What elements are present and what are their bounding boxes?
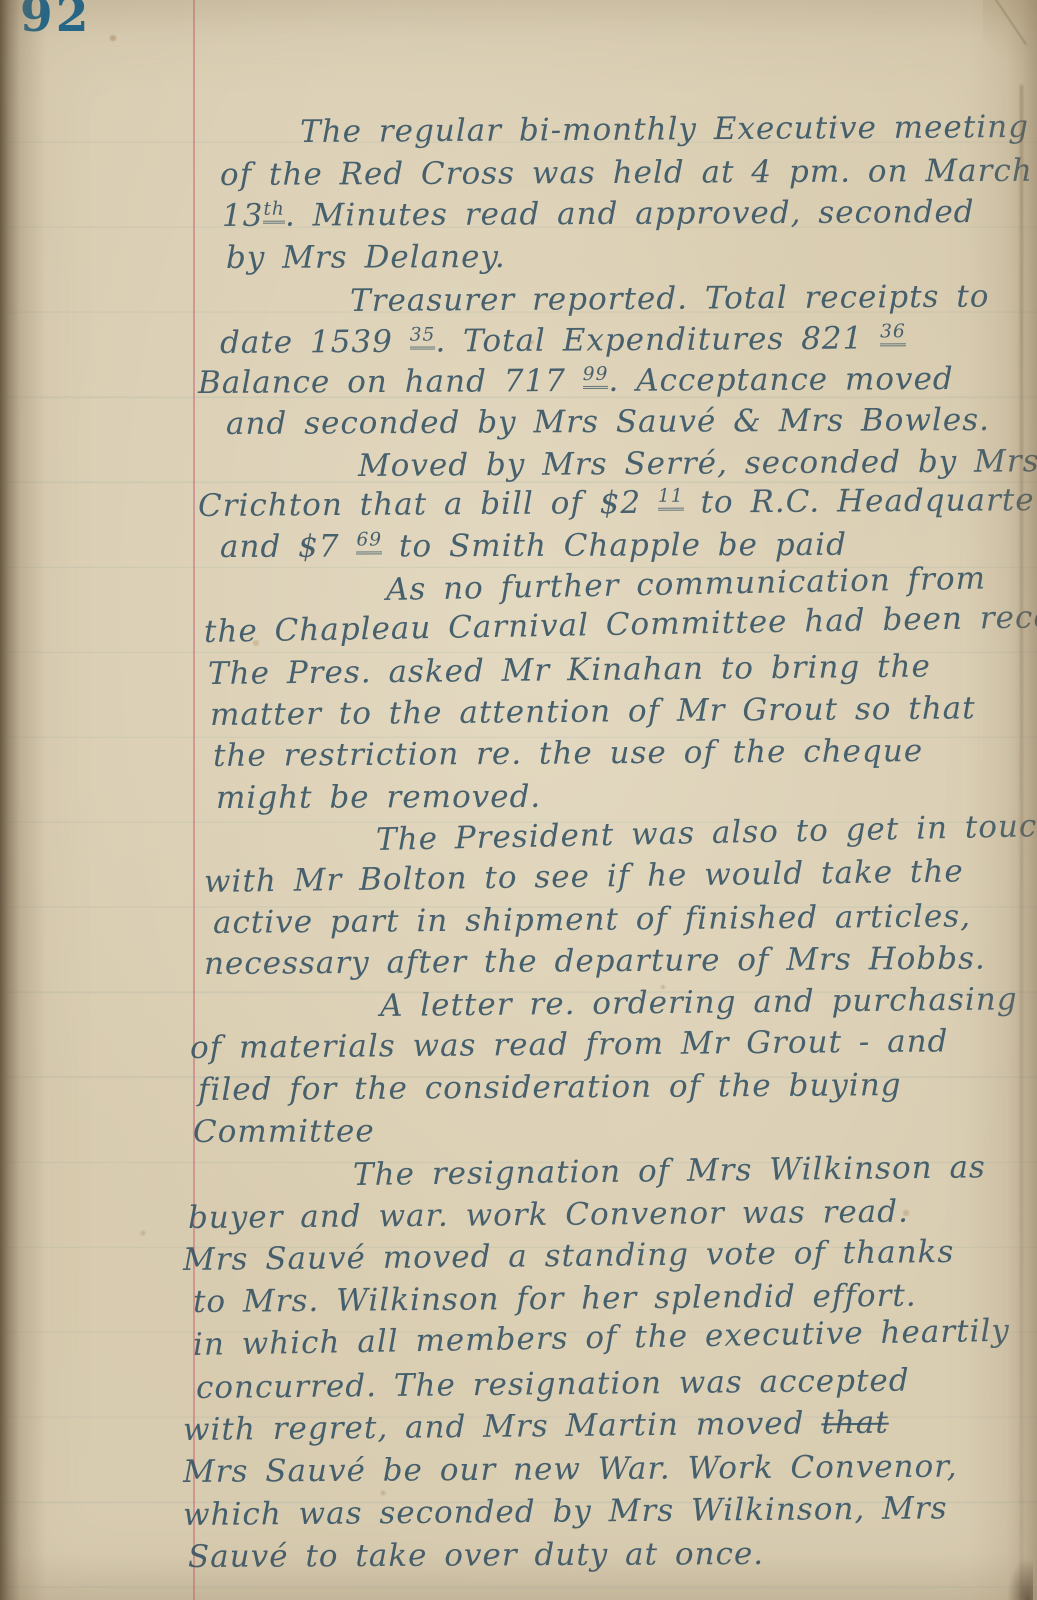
page-edge-crease [1020, 85, 1023, 1600]
handwriting-line: filed for the consideration of the buyin… [198, 1065, 902, 1110]
handwriting-line: Sauvé to take over duty at once. [188, 1534, 764, 1577]
handwriting-segment: the restriction re. the use of the chequ… [213, 733, 923, 774]
handwriting-line: active part in shipment of finished arti… [213, 896, 971, 943]
handwriting-segment: of materials was read from Mr Grout - an… [190, 1023, 949, 1066]
handwriting-line: of the Red Cross was held at 4 pm. on Ma… [220, 151, 1033, 195]
handwriting-line: Balance on hand 717 99. Acceptance moved [198, 359, 954, 403]
handwriting-segment: Mrs Sauvé moved a standing vote of thank… [183, 1234, 955, 1278]
handwriting-segment: . Total Expenditures 821 [435, 320, 880, 359]
handwriting-line: concurred. The resignation was accepted [196, 1361, 910, 1408]
handwriting-line: buyer and war. work Convenor was read. [188, 1192, 909, 1238]
handwriting-line: The regular bi-monthly Executive meeting [300, 107, 1029, 152]
handwriting-segment: . Acceptance moved [608, 361, 953, 399]
handwriting-segment: concurred. The resignation was accepted [196, 1363, 910, 1406]
handwriting-line: which was seconded by Mrs Wilkinson, Mrs [183, 1488, 948, 1535]
handwriting-line: The Pres. asked Mr Kinahan to bring the [208, 646, 931, 694]
handwriting-segment: Sauvé to take over duty at once. [188, 1536, 764, 1575]
handwriting-segment: with regret, and Mrs Martin moved [183, 1405, 822, 1448]
handwriting-line: Mrs Sauvé be our new War. Work Convenor, [183, 1447, 958, 1492]
handwriting-segment: Balance on hand 717 [198, 363, 583, 401]
handwriting-segment: and $7 [220, 529, 357, 565]
handwriting-segment: . Minutes read and approved, seconded [285, 194, 975, 234]
handwriting-segment: The regular bi-monthly Executive meeting [300, 109, 1029, 150]
handwriting-segment: that [821, 1405, 889, 1442]
handwriting-segment: date 1539 [220, 324, 410, 361]
handwriting-segment: Crichton that a bill of $2 [198, 485, 658, 524]
handwriting-segment: 99 [583, 364, 609, 389]
handwriting-segment: of the Red Cross was held at 4 pm. on Ma… [220, 153, 1033, 193]
handwriting-line: matter to the attention of Mr Grout so t… [210, 688, 976, 735]
handwriting-line: date 1539 35. Total Expenditures 821 36 [220, 318, 906, 363]
handwriting-line: the Chapleau Carnival Committee had been… [204, 596, 1037, 652]
handwriting-segment: might be removed. [216, 779, 541, 816]
handwriting-line: might be removed. [216, 777, 541, 818]
handwriting-segment: 69 [356, 529, 382, 554]
handwriting-segment: which was seconded by Mrs Wilkinson, Mrs [183, 1490, 948, 1533]
handwriting-segment: Moved by Mrs Serré, seconded by Mrs [358, 443, 1037, 484]
handwriting-segment: Treasurer reported. Total receipts to [350, 279, 990, 319]
handwriting-segment: by Mrs Delaney. [226, 239, 506, 276]
handwriting-line: Mrs Sauvé moved a standing vote of thank… [183, 1232, 955, 1280]
handwriting-line: necessary after the departure of Mrs Hob… [204, 939, 986, 984]
handwriting-line: Crichton that a bill of $2 11 to R.C. He… [198, 480, 1037, 526]
handwriting-segment: the Chapleau Carnival Committee had been… [204, 598, 1037, 650]
handwriting-segment: 13 [222, 198, 264, 234]
handwriting-segment: active part in shipment of finished arti… [213, 898, 971, 941]
handwriting-line: Treasurer reported. Total receipts to [350, 277, 990, 321]
handwriting-line: A letter re. ordering and purchasing [380, 979, 1018, 1026]
handwriting-line: by Mrs Delaney. [226, 237, 506, 278]
handwriting-segment: Mrs Sauvé be our new War. Work Convenor, [183, 1449, 958, 1490]
bottom-edge-notch [1007, 1558, 1033, 1600]
handwriting-segment: th [263, 198, 285, 223]
handwriting-line: Moved by Mrs Serré, seconded by Mrs [358, 441, 1037, 486]
handwriting-segment: The Pres. asked Mr Kinahan to bring the [208, 648, 931, 692]
handwriting-line: and $7 69 to Smith Chapple be paid [220, 525, 847, 567]
handwriting-segment: The resignation of Mrs Wilkinson as [353, 1149, 986, 1193]
handwriting-segment: with Mr Bolton to see if he would take t… [204, 853, 964, 900]
handwriting-line: with regret, and Mrs Martin moved that [183, 1403, 889, 1450]
handwriting-line: the restriction re. the use of the chequ… [213, 731, 923, 776]
handwriting-segment: to Smith Chapple be paid [382, 527, 847, 565]
handwriting-line: and seconded by Mrs Sauvé & Mrs Bowles. [226, 400, 990, 444]
handwriting-line: The resignation of Mrs Wilkinson as [353, 1147, 986, 1195]
handwriting-line: 13th. Minutes read and approved, seconde… [222, 192, 975, 236]
handwriting-segment: to R.C. Headquarters [684, 482, 1037, 521]
handwriting-line: Committee [193, 1111, 375, 1152]
top-right-corner-fold [983, 0, 1037, 96]
handwriting-line: of materials was read from Mr Grout - an… [190, 1021, 949, 1068]
handwritten-minutes: The regular bi-monthly Executive meeting… [0, 0, 1037, 1600]
handwriting-segment: 35 [410, 324, 436, 349]
handwriting-line: with Mr Bolton to see if he would take t… [204, 851, 964, 902]
handwriting-segment: filed for the consideration of the buyin… [198, 1067, 902, 1108]
handwriting-segment: necessary after the departure of Mrs Hob… [204, 941, 986, 982]
handwriting-segment: buyer and war. work Convenor was read. [188, 1194, 909, 1236]
handwriting-segment: 36 [880, 321, 906, 346]
handwriting-segment: A letter re. ordering and purchasing [380, 981, 1018, 1024]
handwriting-segment: matter to the attention of Mr Grout so t… [210, 690, 976, 733]
handwriting-segment: Committee [193, 1113, 375, 1150]
ledger-page-scan: 92 The regular bi-monthly Executive meet… [0, 0, 1037, 1600]
handwriting-segment: 11 [658, 485, 684, 510]
handwriting-segment: and seconded by Mrs Sauvé & Mrs Bowles. [226, 402, 990, 442]
